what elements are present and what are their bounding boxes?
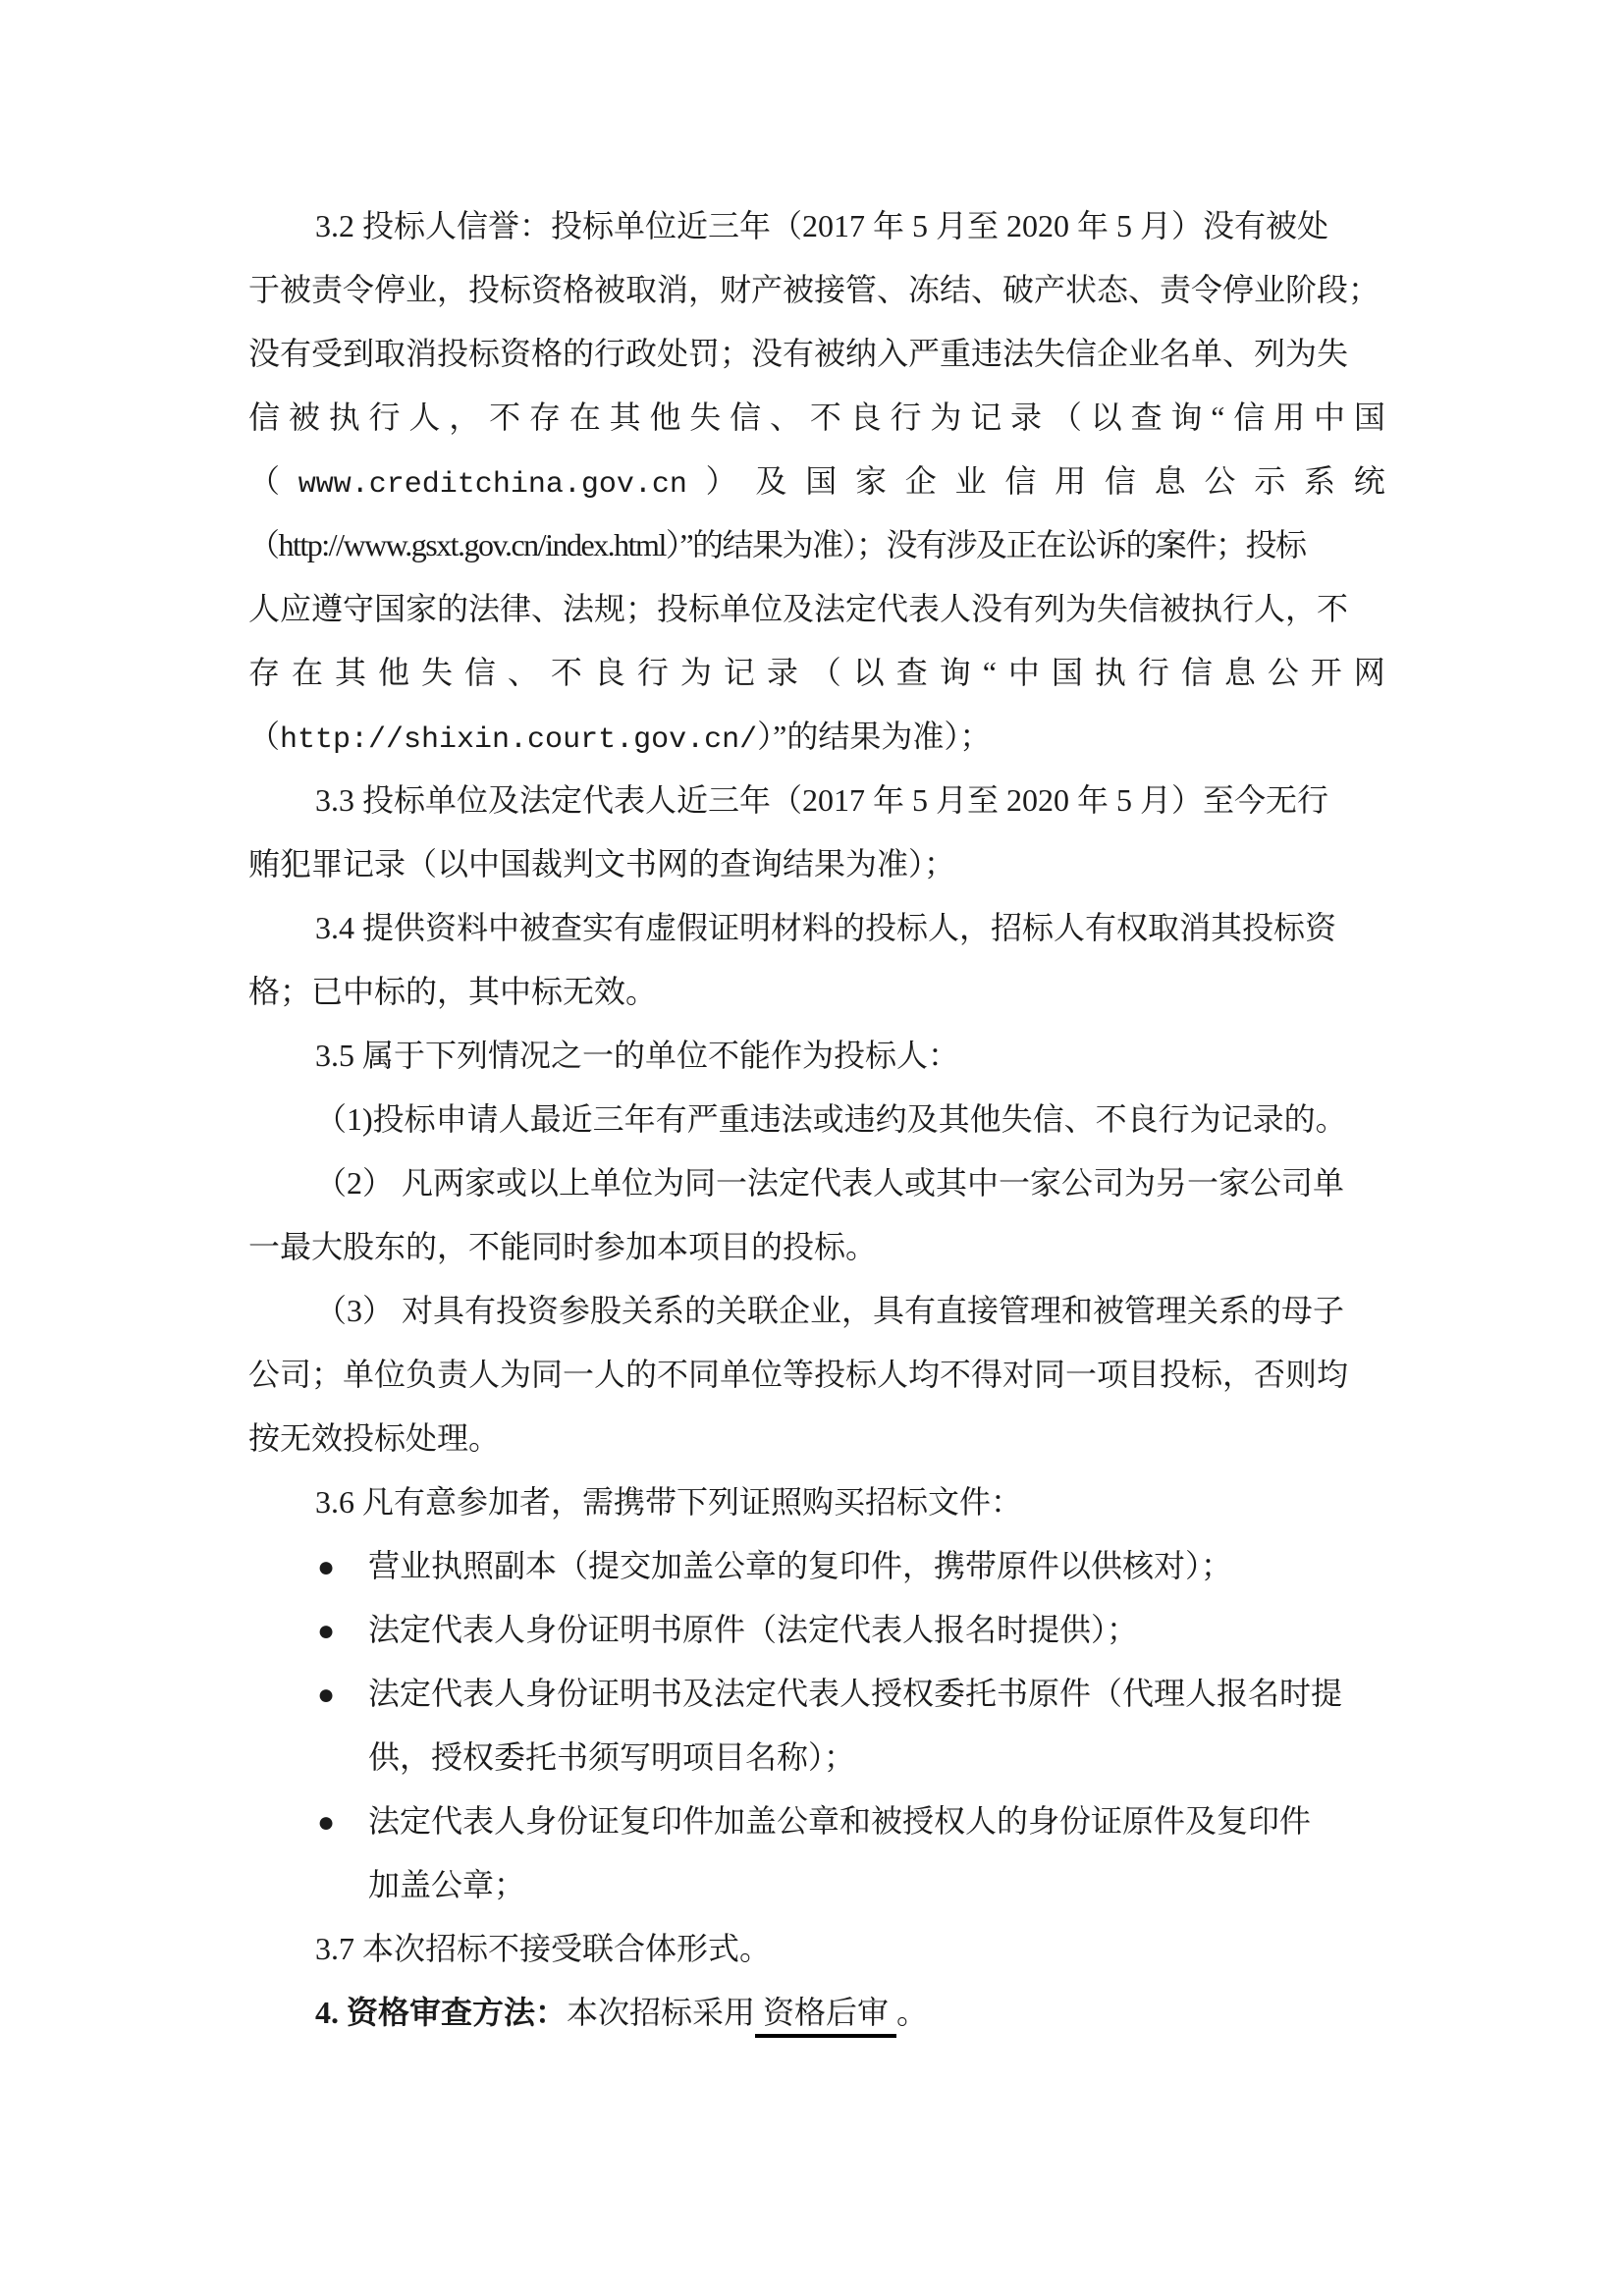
text-line: 3.3 投标单位及法定代表人近三年（2017 年 5 月至 2020 年 5 月… bbox=[248, 769, 1385, 832]
text-segment: （3） 对具有投资参股关系的关联企业，具有直接管理和被管理关系的母子 bbox=[315, 1293, 1344, 1328]
text-segment: 一最大股东的，不能同时参加本项目的投标。 bbox=[248, 1229, 877, 1264]
text-segment: 不 bbox=[551, 641, 582, 705]
text-segment: 3.2 投标人信誉：投标单位近三年（2017 年 5 月至 2020 年 5 月… bbox=[315, 208, 1328, 243]
text-line: 信被执行人，不存在其他失信、不良行为记录（以查询“信用中国 bbox=[248, 386, 1385, 450]
text-line: 公司；单位负责人为同一人的不同单位等投标人均不得对同一项目投标，否则均 bbox=[248, 1343, 1385, 1407]
text-segment: 公 bbox=[1268, 641, 1299, 705]
bullet-icon: ● bbox=[317, 1663, 368, 1727]
text-segment: 行 bbox=[1138, 641, 1169, 705]
text-line: 存在其他失信、不良行为记录（以查询“中国执行信息公开网 bbox=[248, 641, 1385, 705]
document-body: 3.2 投标人信誉：投标单位近三年（2017 年 5 月至 2020 年 5 月… bbox=[248, 194, 1385, 2045]
text-segment: 以 bbox=[1091, 386, 1122, 450]
text-segment: “ bbox=[983, 641, 997, 705]
text-segment: 3.5 属于下列情况之一的单位不能作为投标人： bbox=[315, 1038, 959, 1073]
text-segment: 营业执照副本（提交加盖公章的复印件，携带原件以供核对）； bbox=[368, 1548, 1232, 1583]
text-segment: 业 bbox=[955, 450, 987, 513]
text-segment: 示 bbox=[1254, 450, 1285, 513]
text-line: 没有受到取消投标资格的行政处罚；没有被纳入严重违法失信企业名单、列为失 bbox=[248, 322, 1385, 386]
text-segment: 本次招标采用 bbox=[567, 1995, 755, 2030]
text-segment: 录 bbox=[1010, 386, 1042, 450]
text-segment: （http://www.gsxt.gov.cn/index.html）”的结果为… bbox=[248, 527, 1306, 562]
text-segment: 被 bbox=[289, 386, 320, 450]
text-line: （3） 对具有投资参股关系的关联企业，具有直接管理和被管理关系的母子 bbox=[248, 1279, 1385, 1343]
text-segment: 执 bbox=[329, 386, 360, 450]
text-segment: 网 bbox=[1354, 641, 1385, 705]
text-segment: 为 bbox=[930, 386, 961, 450]
text-segment: 格；已中标的，其中标无效。 bbox=[248, 974, 657, 1009]
text-line: 人应遵守国家的法律、法规；投标单位及法定代表人没有列为失信被执行人，不 bbox=[248, 577, 1385, 641]
text-segment: 在 bbox=[569, 386, 601, 450]
text-segment: 为 bbox=[680, 641, 712, 705]
text-segment: 贿犯罪记录（以中国裁判文书网的查询结果为准）； bbox=[248, 846, 955, 881]
text-line: ●法定代表人身份证明书及法定代表人授权委托书原件（代理人报名时提 bbox=[248, 1662, 1385, 1726]
text-line: （1)投标申请人最近三年有严重违法或违约及其他失信、不良行为记录的。 bbox=[248, 1088, 1385, 1151]
text-segment: 加盖公章； bbox=[368, 1867, 525, 1902]
text-segment: 按无效投标处理。 bbox=[248, 1420, 500, 1456]
text-segment: （2） 凡两家或以上单位为同一法定代表人或其中一家公司为另一家公司单 bbox=[315, 1165, 1344, 1201]
text-segment: 信 bbox=[1004, 450, 1036, 513]
text-segment: 他 bbox=[378, 641, 409, 705]
text-segment: 录 bbox=[767, 641, 798, 705]
bullet-icon: ● bbox=[317, 1599, 368, 1663]
text-line: （2） 凡两家或以上单位为同一法定代表人或其中一家公司为另一家公司单 bbox=[248, 1151, 1385, 1215]
text-segment: 4. 资格审查方法： bbox=[315, 1995, 567, 2030]
text-line: 3.2 投标人信誉：投标单位近三年（2017 年 5 月至 2020 年 5 月… bbox=[248, 194, 1385, 258]
text-segment: 行 bbox=[637, 641, 669, 705]
text-segment: 他 bbox=[649, 386, 680, 450]
text-segment: 统 bbox=[1354, 450, 1385, 513]
text-segment: 息 bbox=[1224, 641, 1256, 705]
text-segment: 没有受到取消投标资格的行政处罚；没有被纳入严重违法失信企业名单、列为失 bbox=[248, 336, 1348, 371]
text-segment: 记 bbox=[724, 641, 755, 705]
text-segment: （ bbox=[248, 450, 280, 513]
text-segment: 公司；单位负责人为同一人的不同单位等投标人均不得对同一项目投标，否则均 bbox=[248, 1357, 1348, 1392]
text-segment: 查 bbox=[1131, 386, 1163, 450]
text-segment: （ bbox=[248, 719, 280, 754]
text-segment: www.creditchina.gov.cn bbox=[298, 454, 687, 517]
text-segment: （ bbox=[1051, 386, 1082, 450]
text-segment: 息 bbox=[1155, 450, 1186, 513]
text-line: 供，授权委托书须写明项目名称）； bbox=[248, 1726, 1385, 1789]
text-segment: 人 bbox=[408, 386, 440, 450]
text-segment: 国 bbox=[805, 450, 837, 513]
text-segment: 3.3 投标单位及法定代表人近三年（2017 年 5 月至 2020 年 5 月… bbox=[315, 782, 1328, 818]
text-line: 一最大股东的，不能同时参加本项目的投标。 bbox=[248, 1215, 1385, 1279]
text-segment: 3.6 凡有意参加者，需携带下列证照购买招标文件： bbox=[315, 1484, 1022, 1520]
text-segment: 国 bbox=[1052, 641, 1083, 705]
text-line: （http://www.gsxt.gov.cn/index.html）”的结果为… bbox=[248, 513, 1385, 577]
text-segment: 3.7 本次招标不接受联合体形式。 bbox=[315, 1931, 771, 1966]
text-line: 3.6 凡有意参加者，需携带下列证照购买招标文件： bbox=[248, 1470, 1385, 1534]
text-segment: 国 bbox=[1354, 386, 1385, 450]
text-segment: 资格后审 bbox=[755, 1995, 896, 2038]
text-segment: http://shixin.court.gov.cn/ bbox=[280, 723, 757, 757]
text-line: ●法定代表人身份证明书原件（法定代表人报名时提供）； bbox=[248, 1598, 1385, 1662]
text-segment: 不 bbox=[489, 386, 520, 450]
text-segment: 其 bbox=[610, 386, 641, 450]
text-segment: 行 bbox=[891, 386, 922, 450]
bullet-icon: ● bbox=[317, 1535, 368, 1599]
text-segment: 及 bbox=[755, 450, 786, 513]
text-line: （http://shixin.court.gov.cn/）”的结果为准）； bbox=[248, 705, 1385, 769]
text-segment: 法定代表人身份证明书及法定代表人授权委托书原件（代理人报名时提 bbox=[368, 1676, 1342, 1711]
text-segment: 存 bbox=[248, 641, 280, 705]
text-segment: 、 bbox=[508, 641, 539, 705]
text-line: 4. 资格审查方法：本次招标采用 资格后审 。 bbox=[248, 1981, 1385, 2045]
text-segment: 。 bbox=[896, 1995, 928, 2030]
text-segment: 供，授权委托书须写明项目名称）； bbox=[368, 1739, 855, 1775]
text-line: 格；已中标的，其中标无效。 bbox=[248, 960, 1385, 1024]
text-segment: 开 bbox=[1311, 641, 1342, 705]
text-segment: 中 bbox=[1008, 641, 1040, 705]
text-segment: ）”的结果为准）； bbox=[757, 719, 991, 754]
text-segment: 系 bbox=[1304, 450, 1335, 513]
text-segment: 于被责令停业，投标资格被取消，财产被接管、冻结、破产状态、责令停业阶段； bbox=[248, 272, 1380, 307]
text-segment: 信 bbox=[1181, 641, 1213, 705]
text-segment: 行 bbox=[369, 386, 401, 450]
document-page: 3.2 投标人信誉：投标单位近三年（2017 年 5 月至 2020 年 5 月… bbox=[0, 0, 1624, 2296]
text-segment: 不 bbox=[810, 386, 841, 450]
text-segment: 良 bbox=[594, 641, 625, 705]
text-segment: 中 bbox=[1314, 386, 1345, 450]
text-segment: 失 bbox=[689, 386, 721, 450]
text-segment: 查 bbox=[896, 641, 928, 705]
text-segment: 法定代表人身份证复印件加盖公章和被授权人的身份证原件及复印件 bbox=[368, 1803, 1311, 1839]
text-segment: 信 bbox=[248, 386, 280, 450]
text-line: 按无效投标处理。 bbox=[248, 1407, 1385, 1470]
text-line: （www.creditchina.gov.cn）及国家企业信用信息公示系统 bbox=[248, 450, 1385, 513]
text-segment: 询 bbox=[940, 641, 971, 705]
text-segment: 以 bbox=[853, 641, 885, 705]
text-segment: 企 bbox=[905, 450, 937, 513]
text-segment: 法定代表人身份证明书原件（法定代表人报名时提供）； bbox=[368, 1612, 1138, 1647]
text-segment: 家 bbox=[855, 450, 887, 513]
text-segment: （1)投标申请人最近三年有严重违法或违约及其他失信、不良行为记录的。 bbox=[315, 1101, 1347, 1137]
text-segment: 记 bbox=[970, 386, 1001, 450]
text-segment: 信 bbox=[730, 386, 761, 450]
text-segment: 执 bbox=[1095, 641, 1126, 705]
bullet-icon: ● bbox=[317, 1790, 368, 1854]
text-line: 3.7 本次招标不接受联合体形式。 bbox=[248, 1917, 1385, 1981]
text-segment: 用 bbox=[1055, 450, 1086, 513]
text-segment: 用 bbox=[1273, 386, 1305, 450]
text-segment: （ bbox=[810, 641, 841, 705]
text-segment: 公 bbox=[1204, 450, 1235, 513]
text-segment: 信 bbox=[1105, 450, 1136, 513]
text-segment: 人应遵守国家的法律、法规；投标单位及法定代表人没有列为失信被执行人，不 bbox=[248, 591, 1348, 626]
text-segment: 其 bbox=[335, 641, 366, 705]
text-line: 3.5 属于下列情况之一的单位不能作为投标人： bbox=[248, 1024, 1385, 1088]
text-segment: 询 bbox=[1170, 386, 1202, 450]
text-line: ●法定代表人身份证复印件加盖公章和被授权人的身份证原件及复印件 bbox=[248, 1789, 1385, 1853]
text-line: 加盖公章； bbox=[248, 1853, 1385, 1917]
text-segment: 3.4 提供资料中被查实有虚假证明材料的投标人，招标人有权取消其投标资 bbox=[315, 910, 1336, 945]
text-segment: ） bbox=[706, 450, 737, 513]
text-segment: ， bbox=[449, 386, 480, 450]
text-segment: 存 bbox=[529, 386, 561, 450]
text-line: 贿犯罪记录（以中国裁判文书网的查询结果为准）； bbox=[248, 832, 1385, 896]
text-line: 3.4 提供资料中被查实有虚假证明材料的投标人，招标人有权取消其投标资 bbox=[248, 896, 1385, 960]
text-line: 于被责令停业，投标资格被取消，财产被接管、冻结、破产状态、责令停业阶段； bbox=[248, 258, 1385, 322]
text-segment: 良 bbox=[850, 386, 882, 450]
text-segment: 信 bbox=[464, 641, 496, 705]
text-segment: 信 bbox=[1233, 386, 1265, 450]
text-segment: 在 bbox=[292, 641, 323, 705]
text-segment: 、 bbox=[770, 386, 801, 450]
text-line: ●营业执照副本（提交加盖公章的复印件，携带原件以供核对）； bbox=[248, 1534, 1385, 1598]
text-segment: 失 bbox=[421, 641, 453, 705]
text-segment: “ bbox=[1211, 386, 1224, 450]
